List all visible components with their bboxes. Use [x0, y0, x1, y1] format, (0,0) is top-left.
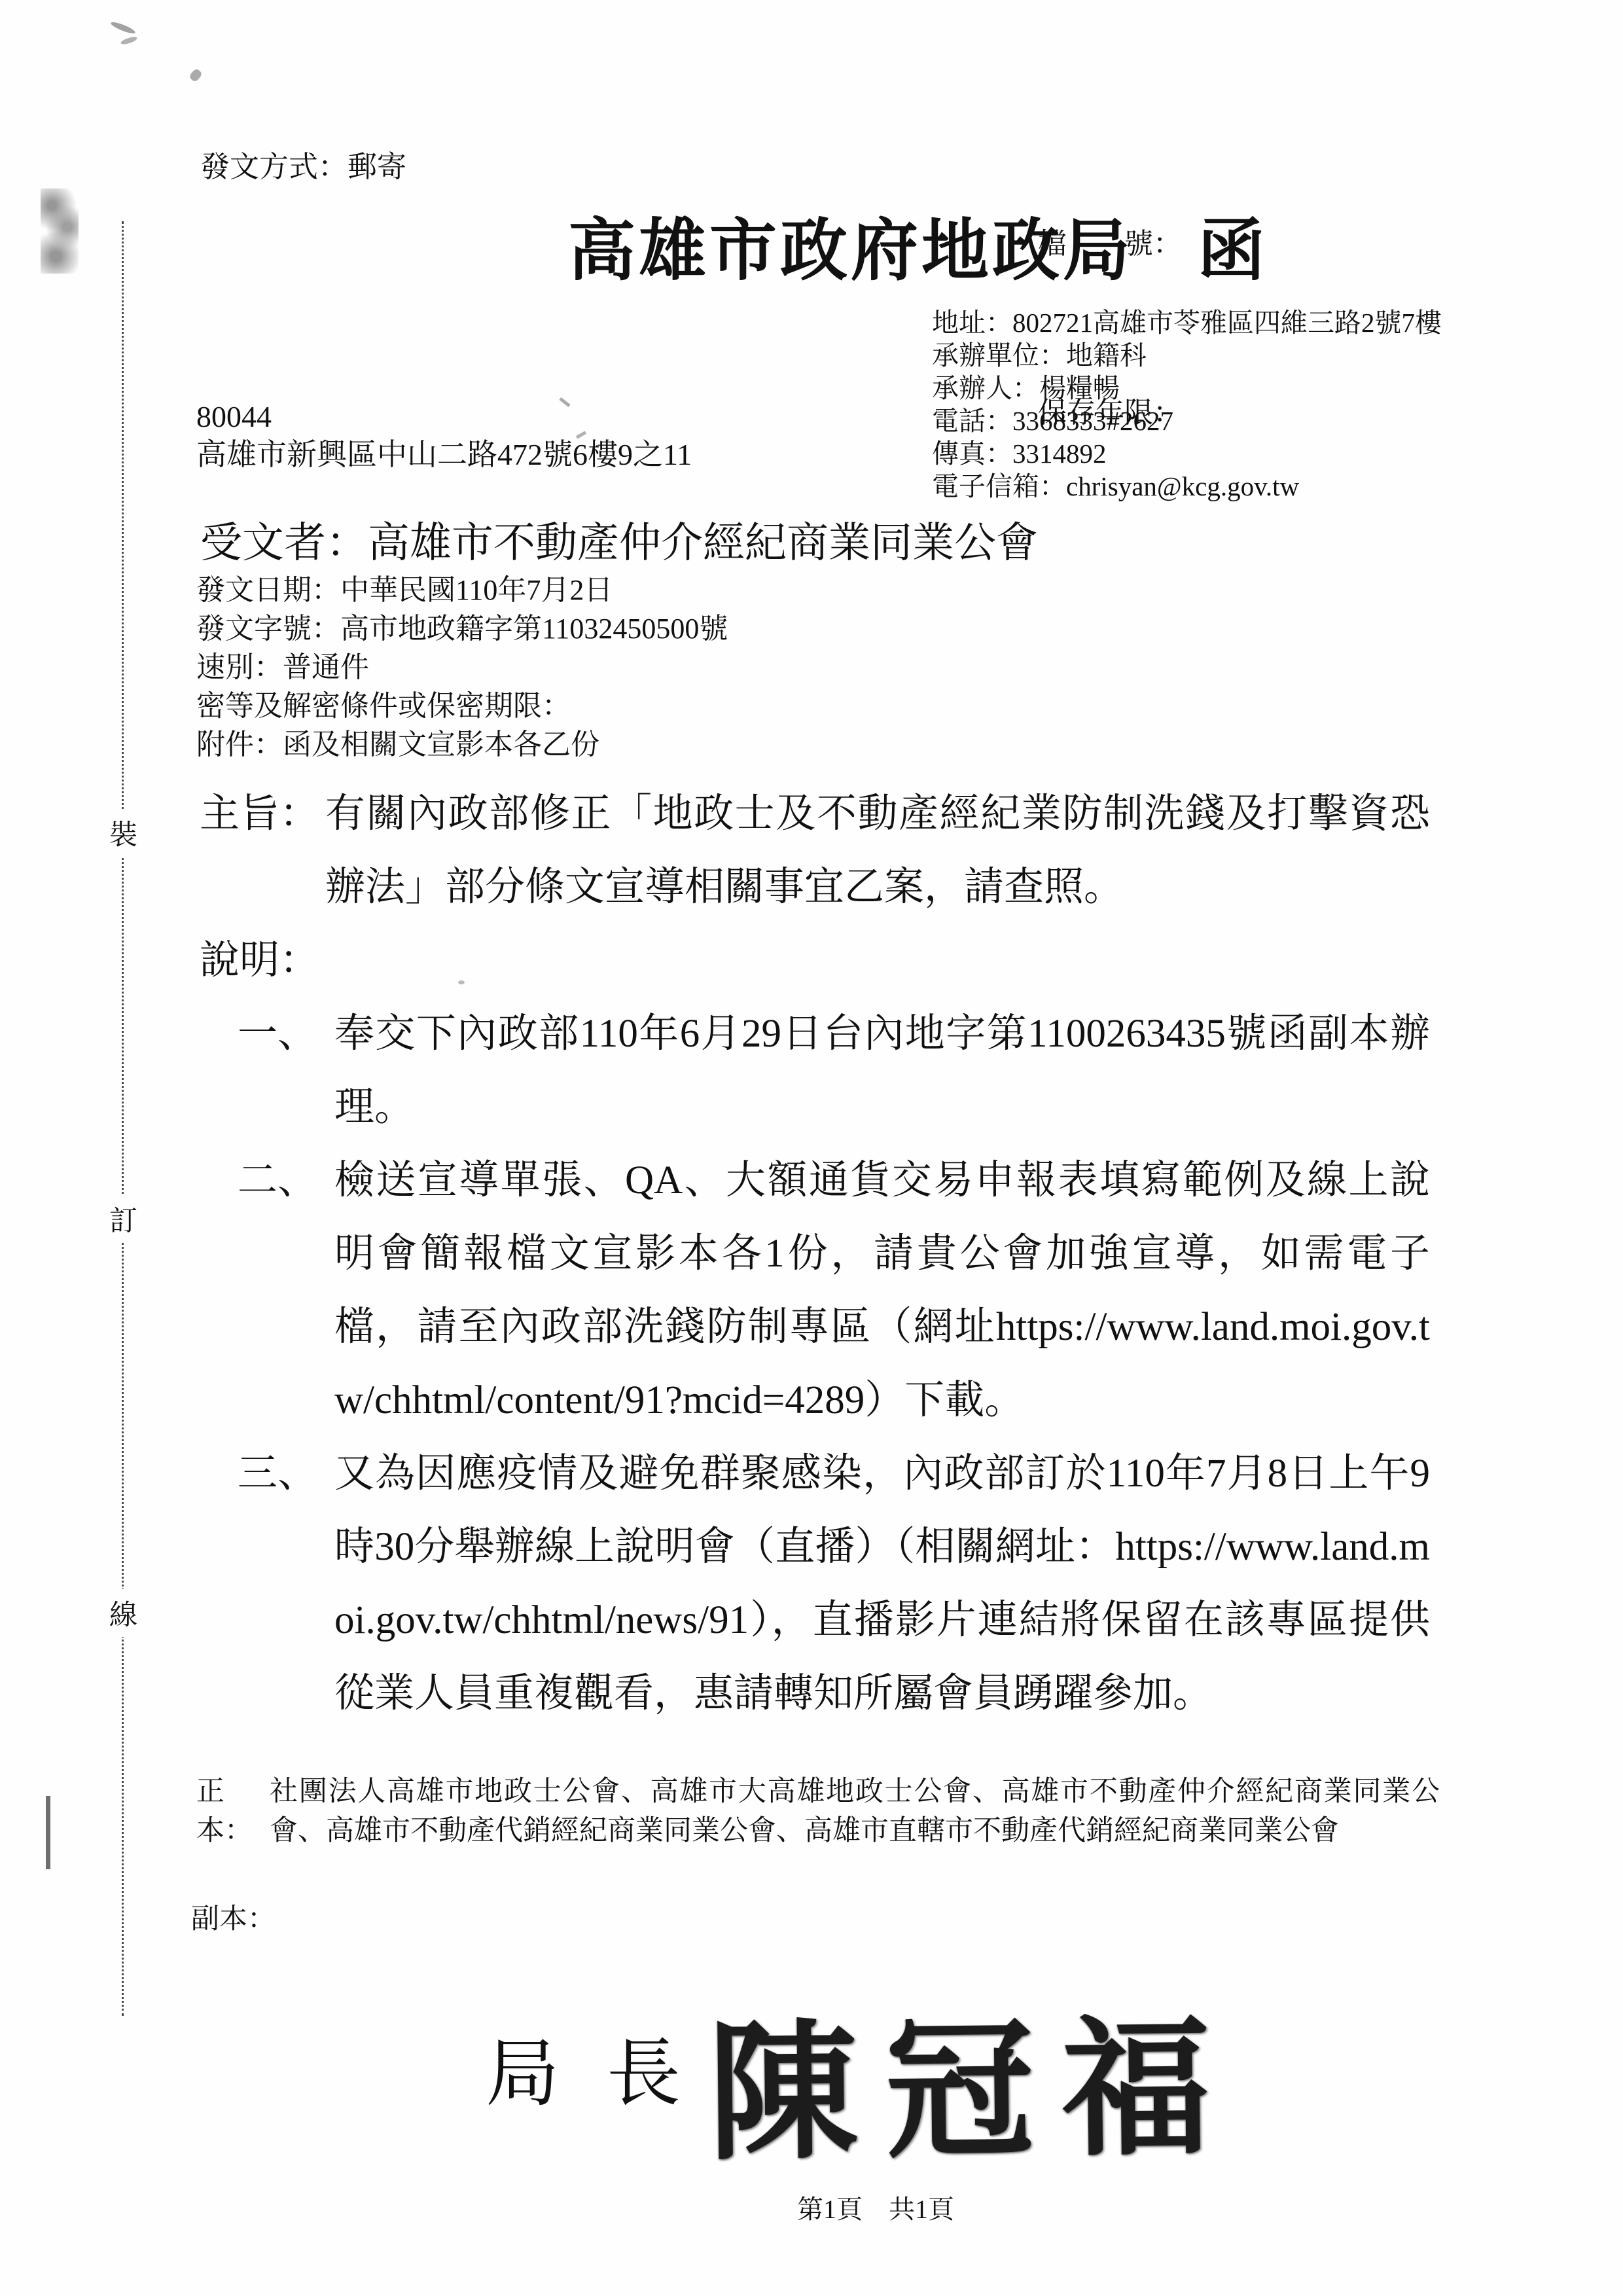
item-text: 奉交下內政部110年6月29日台內地字第1100263435號函副本辦理。 [334, 997, 1430, 1144]
item-number: 一、 [238, 997, 334, 1144]
binding-mark-xian: 線 [109, 1589, 137, 1637]
sender-phone: 電話：3368333#2627 [932, 404, 1442, 437]
original-copy-list: 社團法人高雄市地政士公會、高雄市大高雄地政士公會、高雄市不動產仲介經紀商業同業公… [270, 1772, 1440, 1851]
binding-mark-ding: 訂 [109, 1195, 137, 1243]
document-type: 函 [1198, 214, 1268, 289]
signer-signature: 陳冠福 [707, 1969, 1239, 2188]
scan-artifact [46, 1796, 50, 1869]
original-copy-paragraph: 正本： 社團法人高雄市地政士公會、高雄市大高雄地政士公會、高雄市不動產仲介經紀商… [196, 1772, 1440, 1851]
explanation-label: 說明： [200, 924, 1430, 997]
security-class: 密等及解密條件或保密期限： [196, 687, 728, 725]
explanation-item-2: 二、 檢送宣導單張、QA、大額通貨交易申報表填寫範例及線上說明會簡報檔文宣影本各… [238, 1144, 1430, 1437]
issuing-agency: 高雄市政府地政局 [568, 214, 1133, 289]
document-title: 高雄市政府地政局函 [568, 196, 1268, 293]
page-number-indicator: 第1頁 共1頁 [797, 2189, 954, 2226]
item-number: 二、 [238, 1144, 334, 1437]
explanation-item-3: 三、 又為因應疫情及避免群聚感染，內政部訂於110年7月8日上午9時30分舉辦線… [238, 1437, 1430, 1731]
subject-text: 有關內政部修正「地政士及不動產經紀業防制洗錢及打擊資恐辦法」部分條文宣導相關事宜… [325, 778, 1430, 924]
subject-label: 主旨： [200, 778, 325, 924]
recipient-street-address: 高雄市新興區中山二路472號6樓9之11 [196, 436, 692, 474]
sender-info-block: 地址：802721高雄市苓雅區四維三路2號7樓 承辦單位：地籍科 承辦人：楊糧暢… [932, 306, 1442, 503]
recipient-zip: 80044 [196, 398, 692, 436]
scan-artifact [188, 68, 203, 83]
original-copy-label: 正本： [196, 1772, 270, 1851]
speed-class: 速別：普通件 [196, 648, 728, 687]
issue-number: 發文字號：高市地政籍字第11032450500號 [196, 609, 728, 648]
delivery-method: 發文方式：郵寄 [200, 143, 406, 185]
item-text: 又為因應疫情及避免群聚感染，內政部訂於110年7月8日上午9時30分舉辦線上說明… [334, 1437, 1430, 1731]
sender-person: 承辦人：楊糧暢 [932, 372, 1442, 404]
sender-address: 地址：802721高雄市苓雅區四維三路2號7樓 [932, 306, 1442, 339]
document-body: 主旨： 有關內政部修正「地政士及不動產經紀業防制洗錢及打擊資恐辦法」部分條文宣導… [200, 778, 1430, 1731]
carbon-copy-label: 副本： [191, 1897, 276, 1937]
item-number: 三、 [238, 1437, 334, 1731]
item-text: 檢送宣導單張、QA、大額通貨交易申報表填寫範例及線上說明會簡報檔文宣影本各1份，… [334, 1144, 1430, 1437]
signer-title: 局長 [486, 2015, 728, 2121]
attachment-note: 附件：函及相關文宣影本各乙份 [196, 725, 728, 764]
scan-artifact [120, 35, 137, 46]
recipient-address-block: 80044 高雄市新興區中山二路472號6樓9之11 [196, 398, 692, 474]
sender-email: 電子信箱：chrisyan@kcg.gov.tw [932, 470, 1442, 503]
document-meta-block: 發文日期：中華民國110年7月2日 發文字號：高市地政籍字第1103245050… [196, 571, 728, 764]
binding-dotted-line [122, 221, 124, 2016]
sender-fax: 傳真：3314892 [932, 437, 1442, 470]
scan-artifact [41, 188, 79, 274]
scan-artifact [110, 20, 136, 35]
recipient-line: 受文者：高雄市不動產仲介經紀商業同業公會 [200, 509, 1038, 569]
explanation-item-1: 一、 奉交下內政部110年6月29日台內地字第1100263435號函副本辦理。 [238, 997, 1430, 1144]
sender-unit: 承辦單位：地籍科 [932, 339, 1442, 372]
binding-mark-zhuang: 裝 [109, 809, 137, 857]
document-page: 裝 訂 線 檔 號： 保存年限： 發文方式：郵寄 高雄市政府地政局函 地址：80… [0, 0, 1623, 2296]
issue-date: 發文日期：中華民國110年7月2日 [196, 571, 728, 609]
subject-paragraph: 主旨： 有關內政部修正「地政士及不動產經紀業防制洗錢及打擊資恐辦法」部分條文宣導… [200, 778, 1430, 924]
